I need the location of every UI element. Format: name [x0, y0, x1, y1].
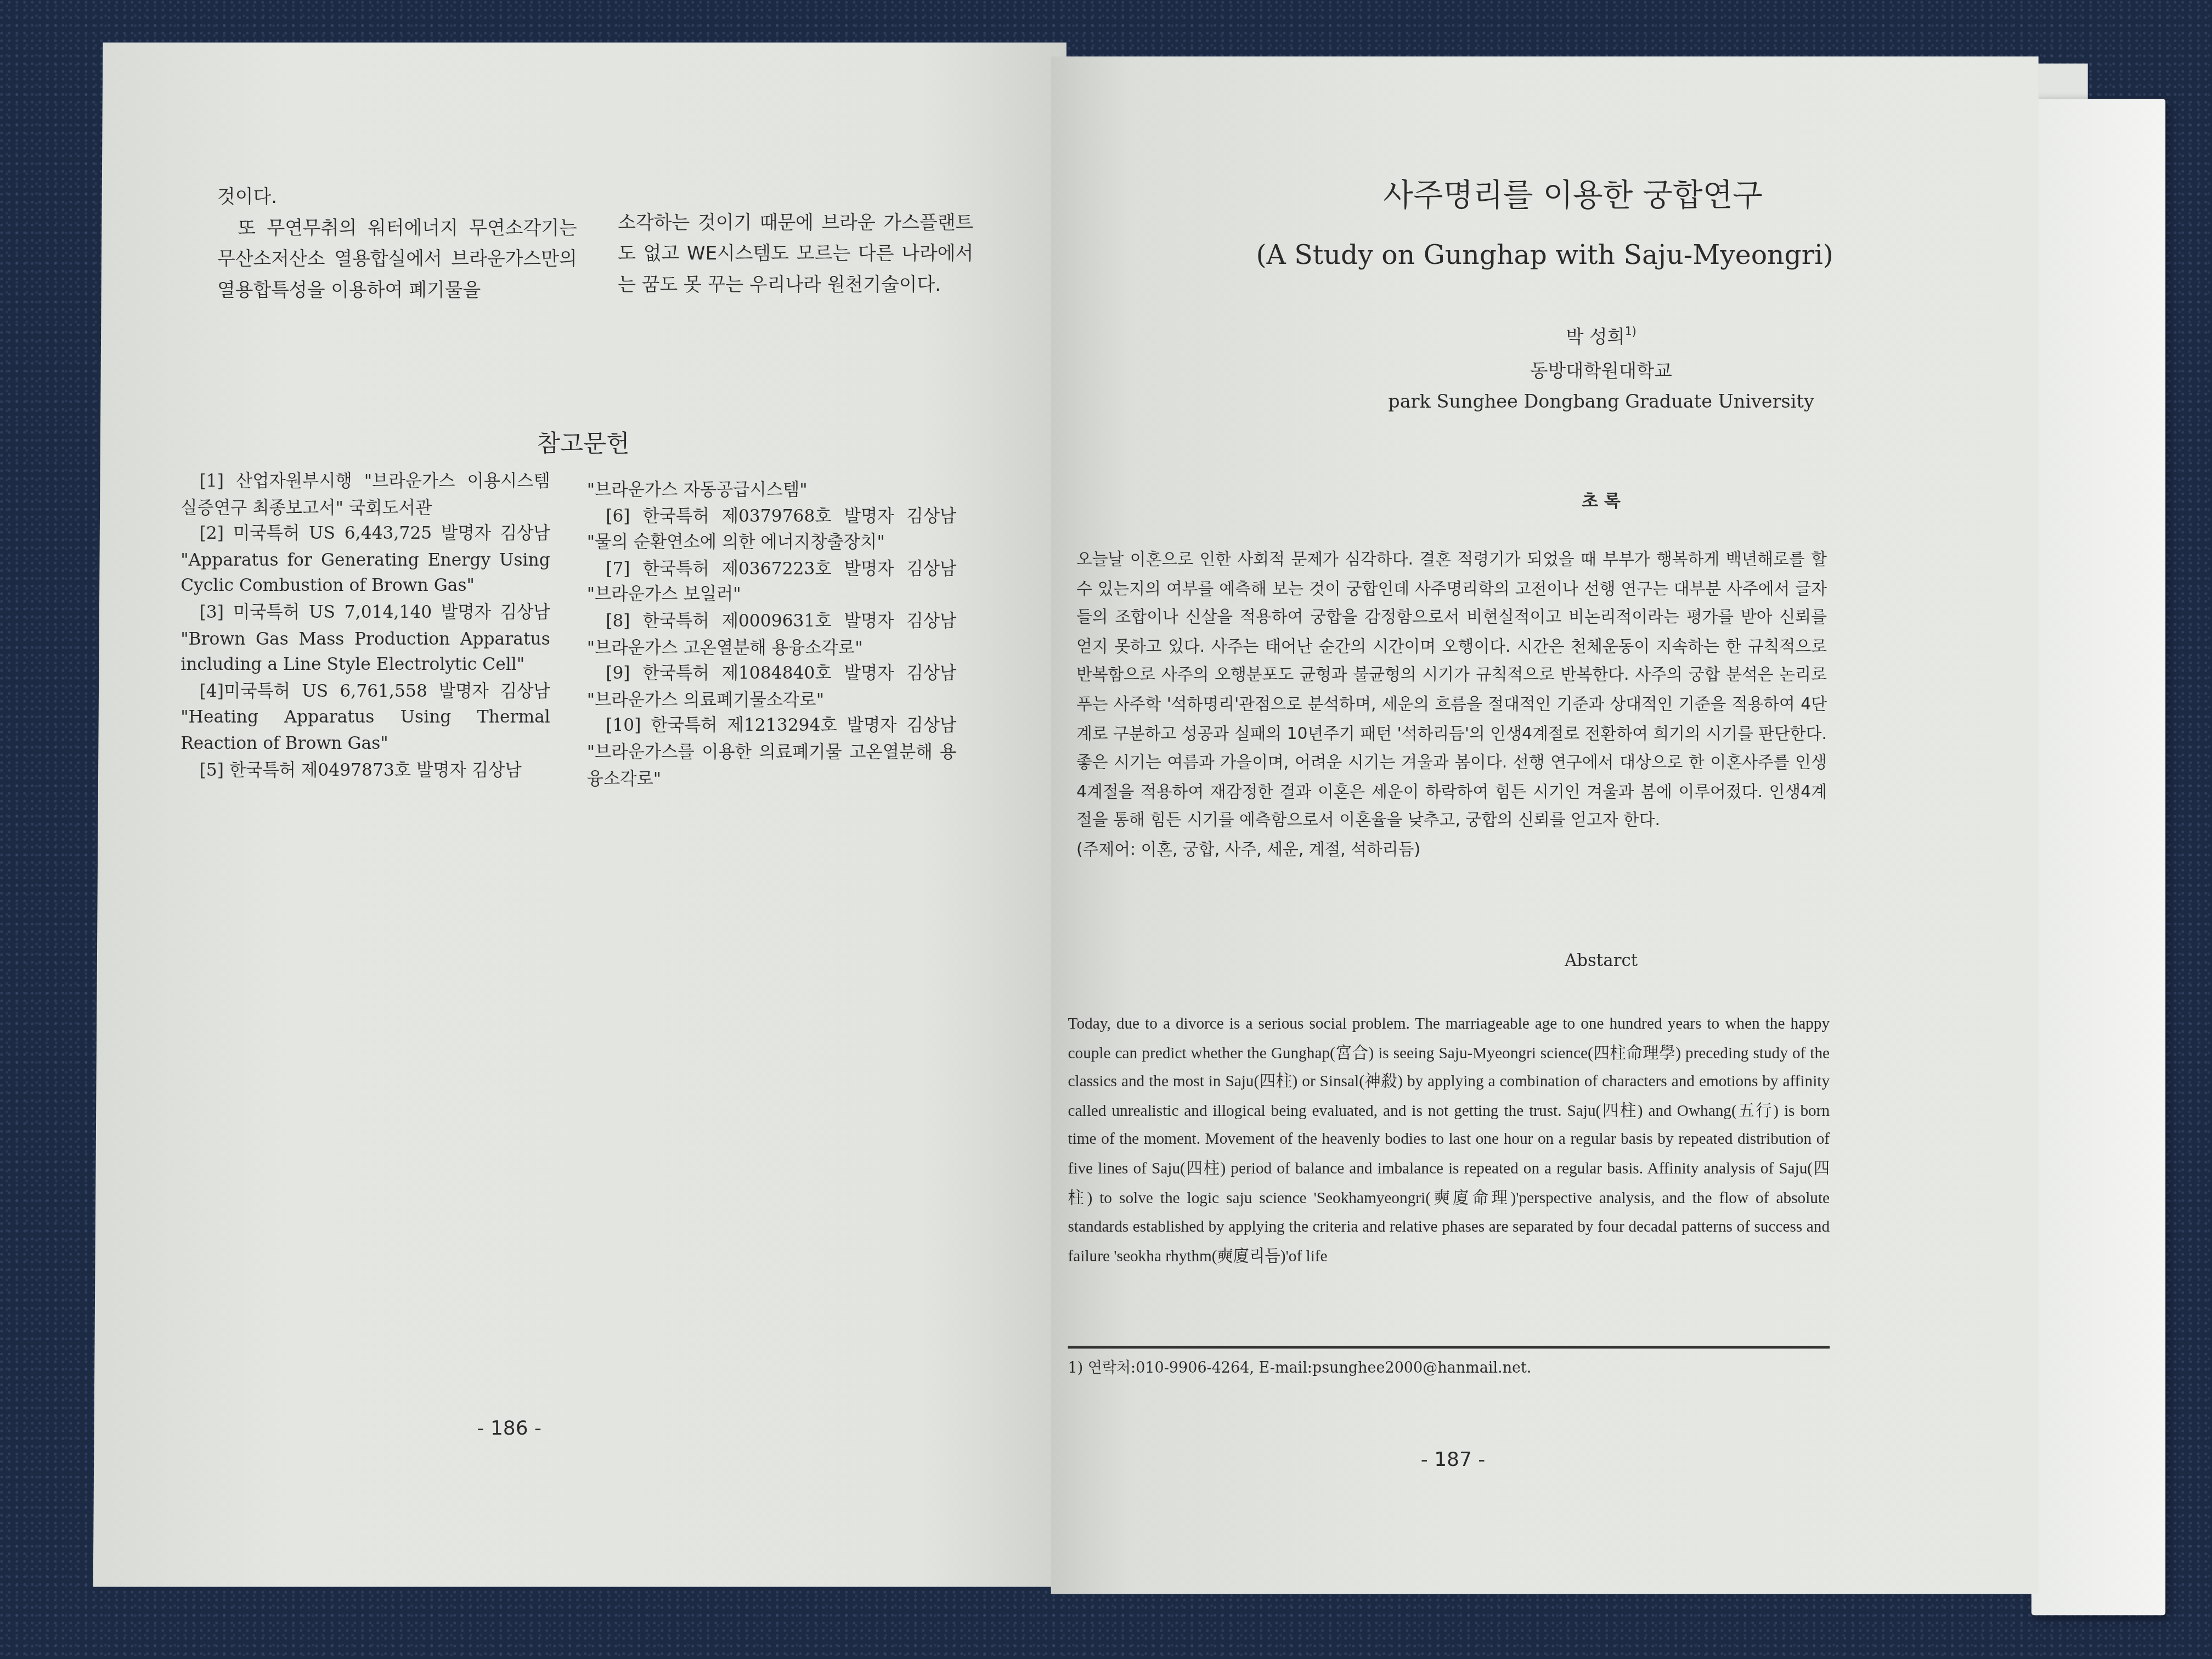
reference-item: [5] 한국특허 제0497873호 발명자 김상남 [180, 757, 550, 783]
author-name: 박 성희 [1566, 328, 1625, 349]
abstract-english-heading: Abstarct [1361, 951, 1841, 970]
abstract-english-body: Today, due to a divorce is a serious soc… [1068, 1010, 1830, 1272]
body-paragraph: 또 무연무취의 워터에너지 무연소각기는 무산소저산소 열용합실에서 브라운가스… [217, 215, 577, 308]
reference-item: [4]미국특허 US 6,761,558 발명자 김상남 "Heating Ap… [180, 678, 550, 757]
title-korean: 사주명리를 이용한 궁합연구 [1164, 172, 1982, 216]
footnote-rule [1068, 1346, 1830, 1348]
body-column-1: 것이다. 또 무연무취의 워터에너지 무연소각기는 무산소저산소 열용합실에서 … [217, 183, 577, 307]
author-korean: 박 성희1) [1333, 321, 1869, 348]
reference-item: [9] 한국특허 제1084840호 발명자 김상남 "브라운가스 의료폐기물소… [587, 661, 957, 713]
abstract-korean-body: 오늘날 이혼으로 인한 사회적 문제가 심각하다. 결혼 적령기가 되었을 때 … [1076, 545, 1827, 865]
author-english: park Sunghee Dongbang Graduate Universit… [1220, 392, 1982, 414]
page-edges [2032, 99, 2165, 1615]
body-paragraph: 것이다. [217, 183, 577, 215]
left-page: 것이다. 또 무연무취의 워터에너지 무연소각기는 무산소저산소 열용합실에서 … [93, 42, 1066, 1587]
author-footnote-mark: 1) [1625, 325, 1637, 338]
footnote: 1) 연락처:010-9906-4264, E-mail:psunghee200… [1068, 1357, 1830, 1379]
references-column-2: "브라운가스 자동공급시스템" [6] 한국특허 제0379768호 발명자 김… [587, 477, 957, 792]
affiliation-korean: 동방대학원대학교 [1333, 356, 1869, 382]
reference-item: [3] 미국특허 US 7,014,140 발명자 김상남 "Brown Gas… [180, 600, 550, 678]
body-column-2: 소각하는 것이기 때문에 브라운 가스플랜트도 없고 WE시스템도 모르는 다른… [618, 209, 973, 302]
photo-stage: 것이다. 또 무연무취의 워터에너지 무연소각기는 무산소저산소 열용합실에서 … [0, 0, 2212, 1659]
abstract-english-text: Today, due to a divorce is a serious soc… [1068, 1010, 1830, 1272]
references-column-1: [1] 산업자원부시행 "브라운가스 이용시스템 실증연구 최종보고서" 국회도… [180, 469, 550, 783]
abstract-korean-heading: 초 록 [1361, 488, 1841, 512]
page-number-right: - 187 - [1375, 1449, 1531, 1471]
reference-item: [10] 한국특허 제1213294호 발명자 김상남 "브라운가스를 이용한 … [587, 713, 957, 791]
abstract-korean-text: 오늘날 이혼으로 인한 사회적 문제가 심각하다. 결혼 적령기가 되었을 때 … [1076, 545, 1827, 836]
reference-item: [7] 한국특허 제0367223호 발명자 김상남 "브라운가스 보일러" [587, 556, 957, 608]
title-english: (A Study on Gunghap with Saju-Myeongri) [1121, 240, 1968, 271]
body-paragraph: 소각하는 것이기 때문에 브라운 가스플랜트도 없고 WE시스템도 모르는 다른… [618, 209, 973, 302]
reference-item: [6] 한국특허 제0379768호 발명자 김상남 "물의 순환연소에 의한 … [587, 503, 957, 556]
reference-item: [1] 산업자원부시행 "브라운가스 이용시스템 실증연구 최종보고서" 국회도… [180, 469, 550, 521]
reference-item: [8] 한국특허 제0009631호 발명자 김상남 "브라운가스 고온열분해 … [587, 608, 957, 661]
right-page: 사주명리를 이용한 궁합연구 (A Study on Gunghap with … [1051, 57, 2039, 1594]
reference-item: [2] 미국특허 US 6,443,725 발명자 김상남 "Apparatus… [180, 521, 550, 599]
reference-item: "브라운가스 자동공급시스템" [587, 477, 957, 503]
keywords: (주제어: 이혼, 궁합, 사주, 세운, 계절, 석하리듬) [1076, 835, 1827, 864]
page-number-left: - 186 - [432, 1418, 587, 1440]
references-heading: 참고문헌 [417, 423, 749, 458]
